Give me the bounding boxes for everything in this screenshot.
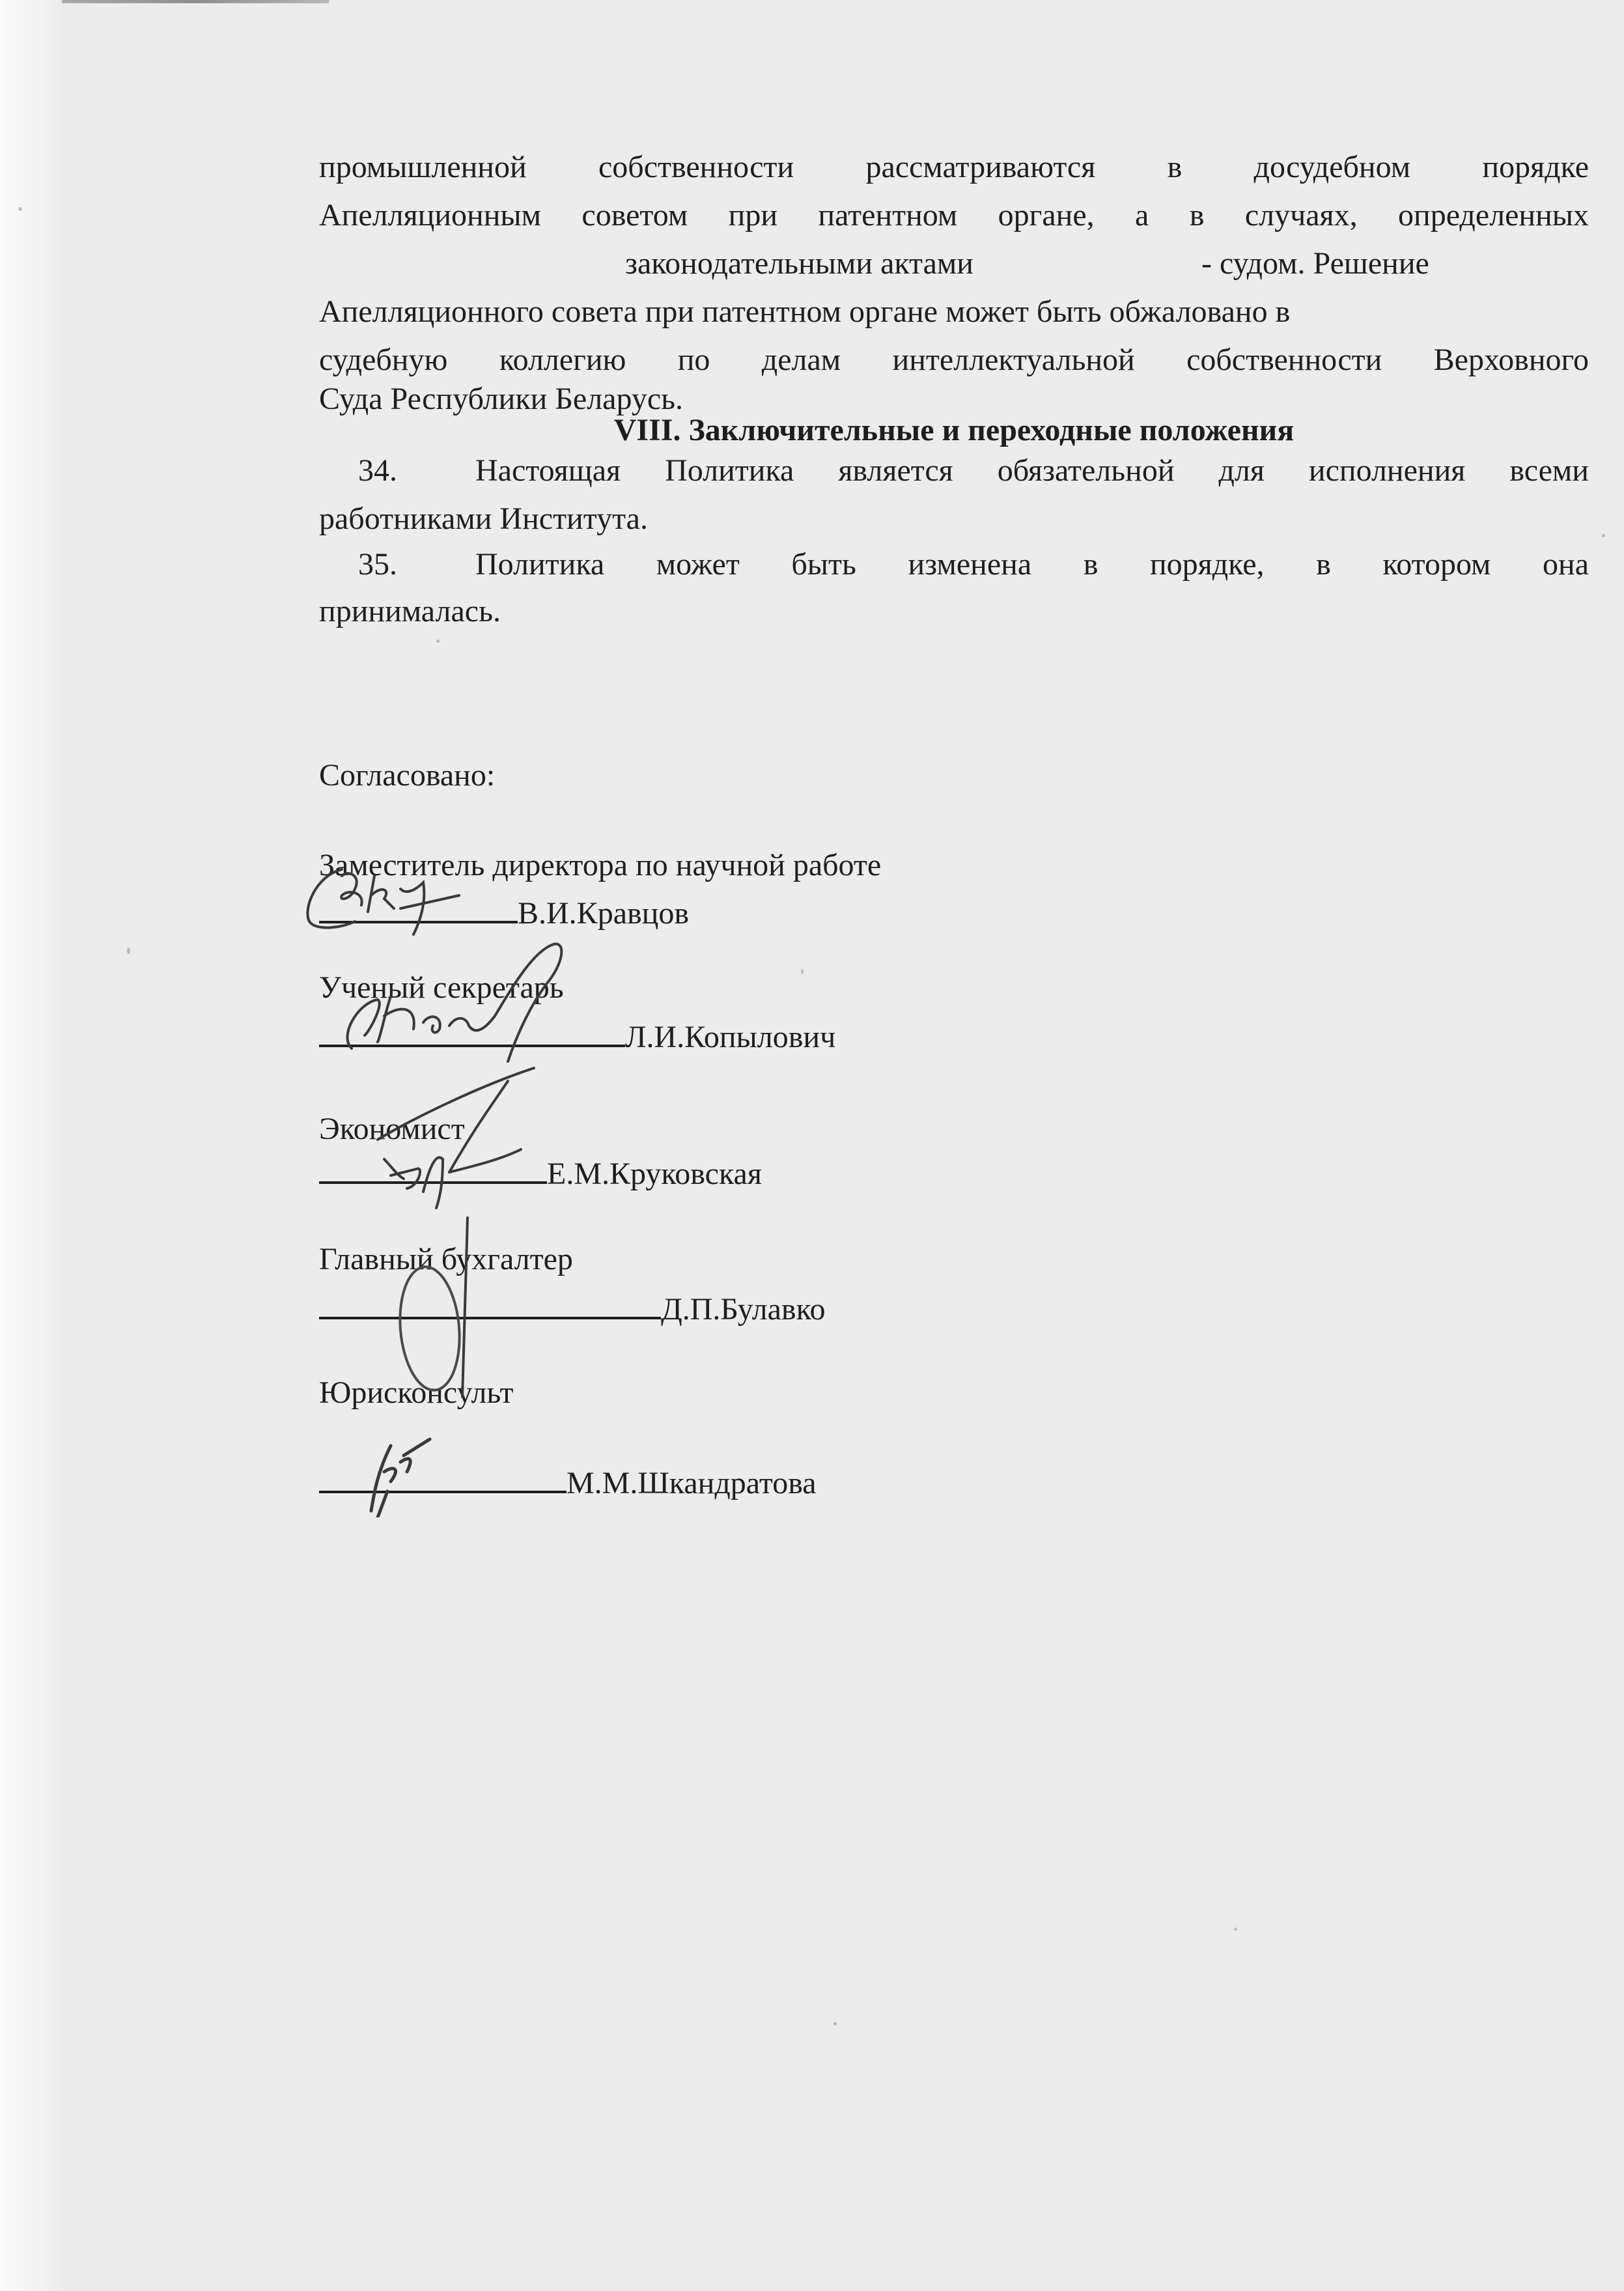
signatory-name: Д.П.Булавко bbox=[661, 1292, 825, 1327]
paragraph-line: Апелляционным советом при патентном орга… bbox=[319, 197, 1589, 234]
signatory-name: Е.М.Круковская bbox=[547, 1157, 762, 1191]
scan-speck bbox=[801, 969, 804, 974]
item-text: Политика может быть изменена в порядке, … bbox=[475, 546, 1589, 583]
item-continuation: работниками Института. bbox=[319, 500, 1589, 538]
signatory-row: В.И.Кравцов bbox=[319, 892, 689, 933]
signatory-name: В.И.Кравцов bbox=[518, 896, 689, 931]
signatory-row: М.М.Шкандратова bbox=[319, 1462, 817, 1502]
signatory-position: Экономист bbox=[319, 1110, 465, 1148]
signature-blank bbox=[319, 1016, 625, 1047]
scan-speck bbox=[833, 2022, 837, 2025]
scan-speck bbox=[1234, 1928, 1237, 1931]
signatory-row: Д.П.Булавко bbox=[319, 1288, 825, 1328]
signature-blank bbox=[319, 1153, 547, 1184]
item-text: Настоящая Политика является обязательной… bbox=[475, 452, 1589, 490]
signature-blank bbox=[319, 892, 518, 923]
section-heading: VIII. Заключительные и переходные положе… bbox=[319, 412, 1589, 449]
item-continuation: принималась. bbox=[319, 593, 1589, 630]
paragraph-fragment: законодательными актами bbox=[625, 245, 973, 283]
signatory-position: Главный бухгалтер bbox=[319, 1241, 573, 1278]
paragraph-fragment: - судом. Решение bbox=[1201, 245, 1429, 283]
scan-speck bbox=[436, 640, 440, 643]
item-34: 34. Настоящая Политика является обязател… bbox=[319, 452, 1589, 490]
item-35: 35. Политика может быть изменена в поряд… bbox=[319, 546, 1589, 583]
paragraph-line: судебную коллегию по делам интеллектуаль… bbox=[319, 341, 1589, 379]
scan-speck bbox=[127, 948, 130, 954]
signatory-position: Ученый секретарь bbox=[319, 969, 564, 1007]
item-number: 34. bbox=[319, 452, 475, 490]
scan-speck bbox=[1602, 534, 1605, 537]
scan-speck bbox=[18, 207, 22, 211]
scan-top-edge bbox=[62, 0, 329, 3]
signature-blank bbox=[319, 1288, 661, 1319]
signatory-name: Л.И.Копылович bbox=[625, 1020, 835, 1054]
paragraph-line: Апелляционного совета при патентном орга… bbox=[319, 293, 1589, 331]
signatory-position: Заместитель директора по научной работе bbox=[319, 847, 881, 884]
signatory-row: Е.М.Круковская bbox=[319, 1153, 762, 1193]
signature-blank bbox=[319, 1462, 567, 1493]
item-number: 35. bbox=[319, 546, 475, 583]
scan-left-edge bbox=[0, 0, 62, 2291]
approval-label: Согласовано: bbox=[319, 757, 495, 794]
signatory-position: Юрисконсульт bbox=[319, 1374, 513, 1412]
signatory-row: Л.И.Копылович bbox=[319, 1016, 835, 1056]
paragraph-line: промышленной собственности рассматривают… bbox=[319, 148, 1589, 186]
signatory-name: М.М.Шкандратова bbox=[567, 1466, 817, 1500]
